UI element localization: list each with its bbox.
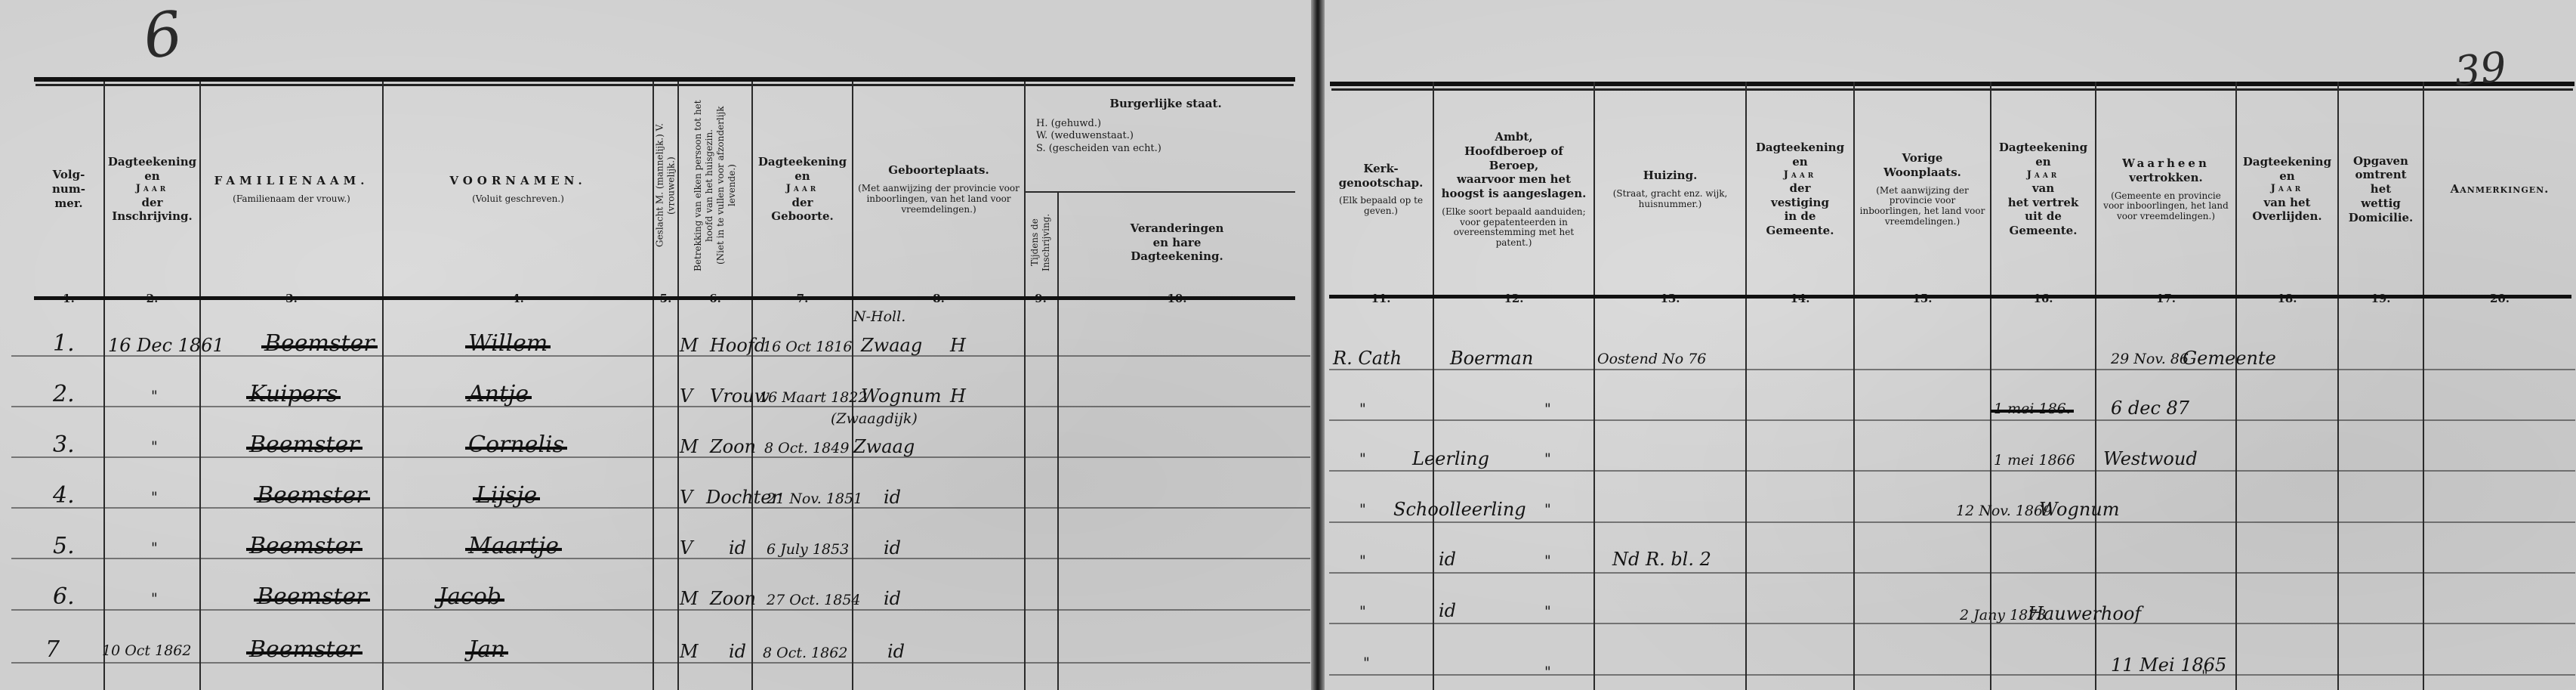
column-19: OpgavenomtrenthetwettigDomicilie. 19. — [2337, 82, 2423, 690]
column-13: Huizing.(Straat, gracht enz. wijk, huisn… — [1593, 82, 1745, 690]
folio-number-left: 6 — [139, 0, 187, 73]
header-bottom-rule — [34, 296, 1295, 300]
column-20: Aanmerkingen. 20. — [2423, 82, 2575, 690]
column-10: Veranderingenen hareDagteekening. 10. — [1057, 191, 1295, 690]
column-5: Geslacht M. (mannelijk.) V. (vrouwelijk.… — [652, 82, 677, 690]
header-bottom-rule — [1329, 295, 2571, 299]
column-9: Tijdens de Inschrijving. 9. — [1024, 191, 1057, 690]
column-17: Waarheenvertrokken.(Gemeente en provinci… — [2095, 82, 2235, 690]
column-12: Ambt,Hoofdberoep ofBeroep,waarvoor men h… — [1433, 82, 1593, 690]
book-gutter — [1311, 0, 1325, 690]
column-11: Kerk-genootschap.(Elk bepaald op te geve… — [1329, 82, 1433, 690]
column-16: DagteekeningenJaarvanhet vertrekuit deGe… — [1990, 82, 2095, 690]
column-15: VorigeWoonplaats.(Met aanwijzing der pro… — [1853, 82, 1990, 690]
column-14: DagteekeningenJaardervestigingin deGemee… — [1745, 82, 1853, 690]
column-18: DagteekeningenJaarvan hetOverlijden. 18. — [2235, 82, 2337, 690]
